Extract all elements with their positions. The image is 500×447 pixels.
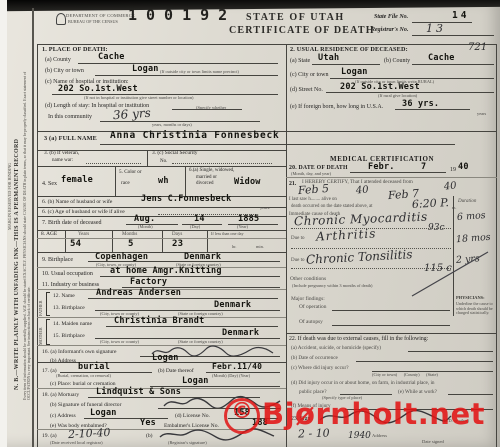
mother-birthplace-value: Denmark: [222, 329, 259, 338]
industry-label: 11. Industry or business: [42, 282, 99, 288]
state-file-value: 14: [452, 11, 469, 21]
ssn-label2: No.: [160, 159, 167, 164]
veteran-label2: name war:: [52, 158, 73, 163]
veteran-blank: [86, 163, 141, 164]
pen-stroke-mark: [408, 248, 493, 300]
husband-value: Jens C.Fonnesbeck: [141, 195, 231, 204]
registrar-no-label: Registrar's No.: [371, 27, 408, 33]
other-conditions-note: (Include pregnancy within 3 months of de…: [292, 284, 372, 289]
county-blank: [78, 63, 278, 64]
age-days-value: 23: [172, 240, 183, 250]
age-label: 8. AGE: [41, 232, 57, 238]
major-findings-label: Major findings:: [291, 297, 325, 303]
county-label: (a) County: [45, 57, 71, 63]
residence-state-value: Utah: [318, 54, 339, 63]
age-years-value: 54: [70, 240, 81, 250]
row22-top-line: [286, 333, 497, 334]
other-conditions-label: Other conditions: [290, 277, 326, 283]
age-div4: [207, 230, 208, 252]
mother-bracket: [46, 319, 50, 345]
address-note: Address: [372, 434, 387, 439]
father-side-label: FATHER: [39, 292, 44, 316]
foreign-born-suffix: years: [477, 112, 486, 117]
city-blank: [95, 75, 278, 76]
marital-label3: divorced: [196, 181, 214, 186]
age-div2: [112, 230, 113, 252]
community-value: 36 yrs: [113, 107, 152, 123]
city-value: Logan: [132, 65, 159, 74]
foreign-born-value: 36 yrs.: [402, 100, 439, 109]
residence-heading: 2. USUAL RESIDENCE OF DECEASED:: [290, 47, 408, 54]
residence-city-label: (c) City or town: [290, 72, 329, 78]
color-label1: 5. Color or: [119, 170, 142, 176]
due-to1-label: Due to: [291, 236, 304, 241]
city-label: (b) City or town: [45, 68, 84, 74]
watermark-text: Bjørnholt.net: [262, 399, 485, 430]
ssn-label: 3. (c) Social Security: [152, 151, 198, 157]
residence-county-blank: [412, 64, 494, 65]
physicians-note-text: Underline the cause to which death shoul…: [456, 302, 494, 316]
full-name-label: 3 (a) FULL NAME: [44, 136, 97, 143]
date-received-value: 2-10-40: [68, 427, 111, 441]
length-of-stay-note: (Specify whether: [196, 106, 226, 111]
registrar-no-value: 13: [426, 23, 446, 35]
date-received-note: (Date received local registrar): [50, 441, 103, 446]
spouse-age-label: 6. (c) Age of husband or wife if alive: [42, 209, 125, 215]
father-birthplace-label: 13. Birthplace: [53, 305, 85, 311]
date-signed-year: 1940: [348, 432, 371, 442]
certificate-title: CERTIFICATE OF DEATH: [229, 26, 375, 37]
file-number-stamp: 100192: [128, 7, 236, 23]
community-note: years, months or days): [152, 123, 192, 128]
date-of-death-blank: [350, 172, 446, 173]
certify-num: 21.: [289, 181, 296, 187]
margin-permanent-record-note: N. B.—WRITE PLAINLY WITH UNFADING INK—TH…: [14, 60, 20, 390]
registrar-sig-b-label: (b): [146, 433, 153, 439]
of-autopsy-blank: [332, 325, 450, 326]
disposal-value: burial: [78, 363, 110, 372]
disposal-date-note: (Month) (Day) (Year): [212, 374, 250, 379]
sex-label: 4. Sex: [42, 181, 57, 187]
date-of-death-19: 19: [450, 167, 456, 173]
occupation-blank: [100, 276, 280, 277]
disposal-date-label: (b) Date thereof: [158, 368, 194, 374]
frame-left-line: [37, 44, 38, 447]
foreign-born-blank: [395, 109, 470, 110]
birthdate-year: 1885: [238, 215, 259, 224]
marital-label1: 6.(a) Single, widowed,: [189, 168, 234, 173]
mother-side-label: MOTHER: [39, 319, 44, 345]
date-of-death-year: 40: [458, 163, 469, 172]
sex-value: female: [61, 176, 93, 185]
embalmed-value: Yes: [140, 419, 156, 428]
last-saw-text: I last saw h........ alive on: [289, 197, 337, 202]
occurrence-date-blank: [356, 361, 493, 362]
of-operation-label: Of operation: [299, 305, 326, 311]
attended-from-value: Feb 5: [298, 183, 330, 197]
marital-value: Widow: [234, 178, 261, 187]
residence-state-blank: [312, 64, 380, 65]
mortuary-address-value: Logan: [90, 409, 117, 418]
duration2-value: 18 mos: [456, 233, 491, 246]
age-div1: [65, 230, 66, 252]
attended-from-year: 40: [356, 185, 370, 197]
residence-county-value: Cache: [428, 54, 455, 63]
date-of-death-month: Febr.: [368, 163, 395, 172]
occupation-value: at home Amgr.Knitting: [110, 267, 222, 276]
mother-name-blank: [106, 326, 278, 327]
scan-top-band: [0, 0, 500, 11]
department-line2: BUREAU OF THE CENSUS: [68, 20, 118, 25]
age-months-header: Months: [122, 232, 137, 237]
row8-bottom-line: [37, 252, 286, 253]
binding-strip: [0, 0, 7, 447]
age-less-header: If less than one day: [211, 232, 244, 237]
duration-header: Duration: [458, 199, 476, 204]
while-at-work-label: (e) While at work?: [398, 390, 437, 396]
color-value: wh: [158, 177, 169, 186]
disposal-date-value: Febr.11/40: [212, 363, 262, 372]
father-birthplace-value: Denmark: [214, 301, 251, 310]
sex-color-divider: [115, 166, 116, 196]
ssn-blank: [172, 163, 272, 164]
row6b-bottom-line: [37, 207, 286, 208]
color-label2: race: [121, 181, 130, 187]
injury-where-label: (c) Where did injury occur?: [291, 366, 349, 372]
age-div3: [162, 230, 163, 252]
registrar-row-label: 19. (a): [42, 433, 57, 439]
column-divider-line: [286, 44, 287, 447]
father-name-blank: [88, 298, 278, 299]
disposal-note: (Burial, cremation, or removal): [56, 374, 111, 379]
margin-instructions-note: Every item of information should be care…: [23, 60, 31, 400]
marital-label2: married or: [196, 175, 217, 180]
frame-right-line: [496, 44, 497, 447]
accident-label: (a) Accident, suicide, or homicide (spec…: [291, 346, 381, 352]
due-to2-value: Chronic Tonsilitis: [306, 248, 413, 267]
residence-city-value: Logan: [341, 68, 368, 77]
watermark-copyright-symbol: ©: [231, 400, 253, 424]
father-name-value: Andreas Andersen: [96, 289, 181, 298]
state-file-label: State File No.: [374, 14, 408, 20]
mother-name-label: 14. Maiden name: [53, 321, 92, 327]
veteran-ss-divider: [147, 150, 148, 166]
death-occurred-text: death occurred on the date stated above,…: [291, 204, 373, 209]
birthplace-label: 9. Birthplace: [42, 257, 73, 263]
date-of-death-day: 7: [421, 163, 426, 172]
accident-blank: [408, 351, 493, 352]
birthdate-blank2: [182, 224, 222, 225]
census-seal-icon: [56, 13, 66, 25]
birthdate-label: 7. Birth date of deceased: [42, 220, 101, 226]
injury-where-note: (City or town) (County) (State): [372, 373, 438, 378]
due-to2-label: Due to: [291, 258, 304, 263]
burial-place-value: Logan: [182, 377, 209, 386]
external-causes-label: 22. If death was due to external causes,…: [289, 336, 428, 342]
street-no-value: 202 So.1st.West: [340, 83, 420, 92]
of-operation-blank: [332, 310, 450, 311]
mother-name-value: Christinia Brandt: [114, 317, 204, 326]
hospital-note: (If not in hospital or institution give …: [84, 96, 194, 101]
attended-to-year: 40: [443, 181, 457, 193]
immediate-cause-value: Chronic Myocarditis: [294, 211, 428, 229]
of-autopsy-label: Of autopsy: [299, 320, 323, 326]
age-min-label: min.: [256, 245, 264, 250]
industry-value: Factory: [130, 278, 167, 287]
age-months-value: 5: [128, 240, 134, 250]
husband-label: 6. (b) Name of husband or wife: [42, 199, 112, 205]
residence-code: 721: [468, 43, 487, 54]
due-to1-value: Arthritis: [316, 227, 377, 243]
full-name-value: Anna Christinia Fonnesbeck: [110, 131, 280, 141]
residence-county-label: (b) County: [384, 58, 410, 64]
age-hr-label: hr.: [232, 245, 237, 250]
time-of-death-value: 6:20 P.: [412, 197, 449, 211]
birthdate-blank3: [228, 224, 278, 225]
age-days-header: Days: [172, 232, 182, 237]
registrar-signature-scrawl: [158, 427, 276, 441]
community-label: In this community: [48, 114, 92, 120]
foreign-born-label: (e) If foreign born, how long in U.S.A.: [290, 104, 383, 110]
state-title: STATE OF UTAH: [246, 13, 345, 24]
row3bc-bottom-line: [37, 166, 286, 167]
death-certificate-scan: MARGIN RESERVED FOR BINDING N. B.—WRITE …: [0, 0, 500, 447]
father-bracket: [46, 292, 50, 316]
veteran-label: 3. (b) If veteran,: [44, 151, 79, 157]
full-name-blank: [100, 144, 455, 145]
occurrence-date-label: (b) Date of occurrence: [291, 356, 338, 362]
occupation-label: 10. Usual occupation: [42, 271, 93, 277]
mortuary-address-label: (c) Address: [50, 413, 76, 419]
fold-line: [32, 8, 34, 447]
residence-state-label: (a) State: [290, 58, 310, 64]
frame-top-line: [37, 44, 497, 45]
birthdate-month: Aug.: [134, 215, 155, 224]
date-signed-note: Date signed: [422, 440, 444, 445]
hospital-value: 202 So.1st.West: [58, 85, 138, 94]
informant-label: 16. (a) Informant's own signature: [42, 349, 116, 355]
injury-home-label: (d) Did injury occur in or about home, o…: [291, 381, 435, 387]
mortuary-label: 18. (a) Mortuary: [42, 392, 79, 398]
color-marital-divider: [185, 166, 186, 196]
spouse-age-suffix: years.: [260, 206, 270, 211]
street-no-label: (d) Street No.: [290, 87, 323, 93]
margin-binding-note: MARGIN RESERVED FOR BINDING: [8, 30, 13, 230]
disposal-label: 17. (a): [42, 368, 57, 374]
row20-bottom-line: [286, 177, 497, 178]
license-label: (d) License No.: [175, 413, 210, 419]
duration1-value: 6 mos: [457, 211, 486, 223]
birthdate-day: 14: [194, 215, 205, 224]
county-value: Cache: [98, 53, 125, 62]
registrar-no-blank: [412, 35, 494, 36]
while-at-work-blank: [448, 394, 493, 395]
father-name-label: 12. Name: [53, 293, 75, 299]
registrar-sig-note: (Registrar's signature): [168, 441, 207, 446]
age-years-header: Years: [78, 232, 89, 237]
mother-birthplace-label: 15. Birthplace: [53, 333, 85, 339]
